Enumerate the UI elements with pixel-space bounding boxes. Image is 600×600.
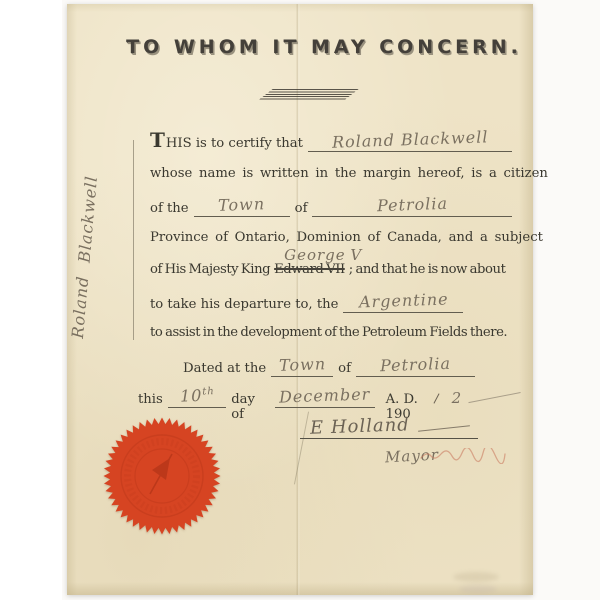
day-number: 10 xyxy=(179,386,202,406)
of-text: of xyxy=(295,201,308,216)
dated-municipality-name-field: Petrolia xyxy=(356,357,475,377)
year-written: 2 xyxy=(452,389,463,407)
margin-clause-line: whose name is written in the margin here… xyxy=(150,166,548,186)
certify-line: THIS is to certify that Roland Blackwell xyxy=(150,132,512,152)
margin-rule xyxy=(133,140,134,340)
drop-cap: T xyxy=(150,134,165,147)
dated-prefix: Dated at the xyxy=(183,361,266,376)
zero-strike-mark xyxy=(433,393,439,403)
departure-prefix: to take his departure to, the xyxy=(150,297,338,312)
pencil-smudge xyxy=(459,585,497,593)
red-pencil-mark xyxy=(419,448,507,464)
departure-line: to take his departure to, the Argentine xyxy=(150,293,463,313)
municipality-name: Petrolia xyxy=(376,194,448,215)
municipality-type: Town xyxy=(218,194,266,215)
municipality-name-field: Petrolia xyxy=(312,197,512,217)
day-of-text: day of xyxy=(231,392,269,422)
purpose-clause-line: to assist in the development of the Petr… xyxy=(150,325,507,345)
year-flourish-stroke xyxy=(469,392,521,403)
dated-municipality-name: Petrolia xyxy=(380,354,452,375)
document-title: TO WHOM IT MAY CONCERN. xyxy=(91,36,557,58)
certificate-paper: TO WHOM IT MAY CONCERN. Roland Blackwell… xyxy=(67,4,533,595)
dated-line: Dated at the Town of Petrolia xyxy=(183,357,475,377)
holder-name: Roland Blackwell xyxy=(331,127,488,151)
pencil-smudge xyxy=(453,572,499,582)
majesty-line: of His Majesty KingEdward VIIGeorge V; a… xyxy=(150,262,505,282)
majesty-suffix: ; and that he is now about xyxy=(349,262,506,277)
date-line: this 10th day of December A. D. 190 2 xyxy=(138,388,522,408)
majesty-prefix: of His Majesty King xyxy=(150,262,270,277)
month-value: December xyxy=(279,384,371,406)
day-field: 10th xyxy=(168,388,226,408)
king-struck: Edward VII xyxy=(274,262,345,277)
king-correction: George V xyxy=(284,246,362,264)
destination-field: Argentine xyxy=(343,293,463,313)
certify-text: HIS is to certify that xyxy=(166,136,303,151)
mayor-signature: E Holland xyxy=(310,414,410,438)
signature-line: E Holland xyxy=(300,418,478,439)
day-ordinal: th xyxy=(202,386,215,397)
ornamental-divider xyxy=(257,89,358,101)
red-wafer-seal xyxy=(102,416,222,536)
dated-municipality-type-field: Town xyxy=(271,357,333,377)
day-value: 10th xyxy=(179,385,214,405)
municipality-line: of the Town of Petrolia xyxy=(150,197,512,217)
month-field: December xyxy=(275,388,375,408)
holder-name-field: Roland Blackwell xyxy=(308,132,512,152)
of-the-text: of the xyxy=(150,201,189,216)
destination: Argentine xyxy=(358,289,448,311)
dated-of-text: of xyxy=(338,361,351,376)
dated-municipality-type: Town xyxy=(278,354,326,375)
scan-background: TO WHOM IT MAY CONCERN. Roland Blackwell… xyxy=(0,0,600,600)
signature-tail-stroke xyxy=(418,425,470,431)
municipality-type-field: Town xyxy=(194,197,290,217)
king-name-wrap: Edward VIIGeorge V xyxy=(274,262,345,277)
this-text: this xyxy=(138,392,163,407)
margin-signature: Roland Blackwell xyxy=(66,147,111,366)
